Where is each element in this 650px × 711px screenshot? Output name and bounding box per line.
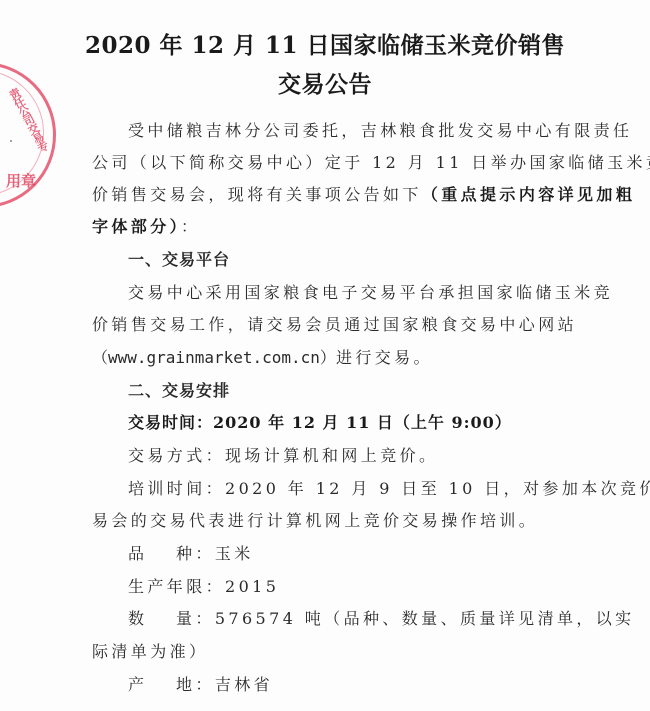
trade-time-value: 2020 年 12 月 11 日（上午 9:00） (213, 413, 512, 432)
document-title-line-2: 交易公告 (0, 66, 650, 99)
intro-tail: ： (181, 217, 200, 236)
variety-label-b: 种： (176, 544, 215, 563)
section-2-heading: 二、交易安排 (128, 381, 573, 401)
origin-label-a: 产 (128, 675, 176, 695)
production-year-row: 生产年限：2015 (128, 577, 573, 597)
section-1-line-3: （www.grainmarket.com.cn）进行交易。 (92, 348, 537, 368)
origin-value: 吉林省 (215, 675, 273, 694)
quantity-label-b: 量： (176, 609, 215, 628)
origin-label-b: 地： (176, 675, 215, 694)
quantity-value: 576574 吨（品种、数量、质量详见清单，以实 (215, 609, 635, 628)
training-line-2: 易会的交易代表进行计算机网上竞价交易操作培训。 (92, 511, 537, 531)
seal-dot (10, 140, 12, 142)
section-1-line-1: 交易中心采用国家粮食电子交易平台承担国家临储玉米竞 (128, 283, 573, 303)
section-1-heading: 一、交易平台 (128, 250, 573, 270)
trade-time-label: 交易时间： (128, 413, 213, 432)
section-1-line-2: 价销售交易工作，请交易会员通过国家粮食交易中心网站 (92, 315, 537, 335)
intro-bold-note-b: 字体部分） (92, 217, 181, 236)
seal-bottom-text: 用章 (6, 170, 36, 191)
variety-value: 玉米 (215, 544, 254, 563)
quantity-line-2: 际清单为准） (92, 642, 537, 662)
intro-line-3-text: 价销售交易会，现将有关事项公告如下 (92, 185, 422, 204)
section-1-url-tail: 进行交易。 (336, 348, 433, 367)
variety-label-a: 品 (128, 544, 176, 564)
trade-method: 交易方式：现场计算机和网上竞价。 (128, 446, 573, 466)
quantity-label-a: 数 (128, 609, 176, 629)
variety-row: 品种：玉米 (128, 544, 573, 564)
production-year-value: 2015 (225, 577, 279, 596)
intro-line-4: 字体部分）： (92, 217, 537, 237)
intro-line-2: 公司（以下简称交易中心）定于 12 月 11 日举办国家临储玉米竞 (92, 153, 537, 173)
intro-line-3: 价销售交易会，现将有关事项公告如下（重点提示内容详见加粗 (92, 185, 537, 205)
document-title-line-1: 2020 年 12 月 11 日国家临储玉米竞价销售 (0, 27, 650, 60)
grainmarket-url: （www.grainmarket.com.cn） (92, 348, 336, 367)
origin-row: 产地：吉林省 (128, 675, 573, 695)
quantity-row: 数量：576574 吨（品种、数量、质量详见清单，以实 (128, 609, 573, 629)
announcement-page: 责任公司交易专 用章 2020 年 12 月 11 日国家临储玉米竞价销售 交易… (0, 0, 650, 711)
intro-bold-note-a: （重点提示内容详见加粗 (422, 185, 635, 204)
trade-time-row: 交易时间：2020 年 12 月 11 日（上午 9:00） (128, 413, 573, 433)
training-line-1: 培训时间：2020 年 12 月 9 日至 10 日，对参加本次竞价交 (128, 479, 573, 499)
intro-line-1: 受中储粮吉林分公司委托，吉林粮食批发交易中心有限责任 (128, 121, 573, 141)
production-year-label: 生产年限： (128, 577, 225, 596)
